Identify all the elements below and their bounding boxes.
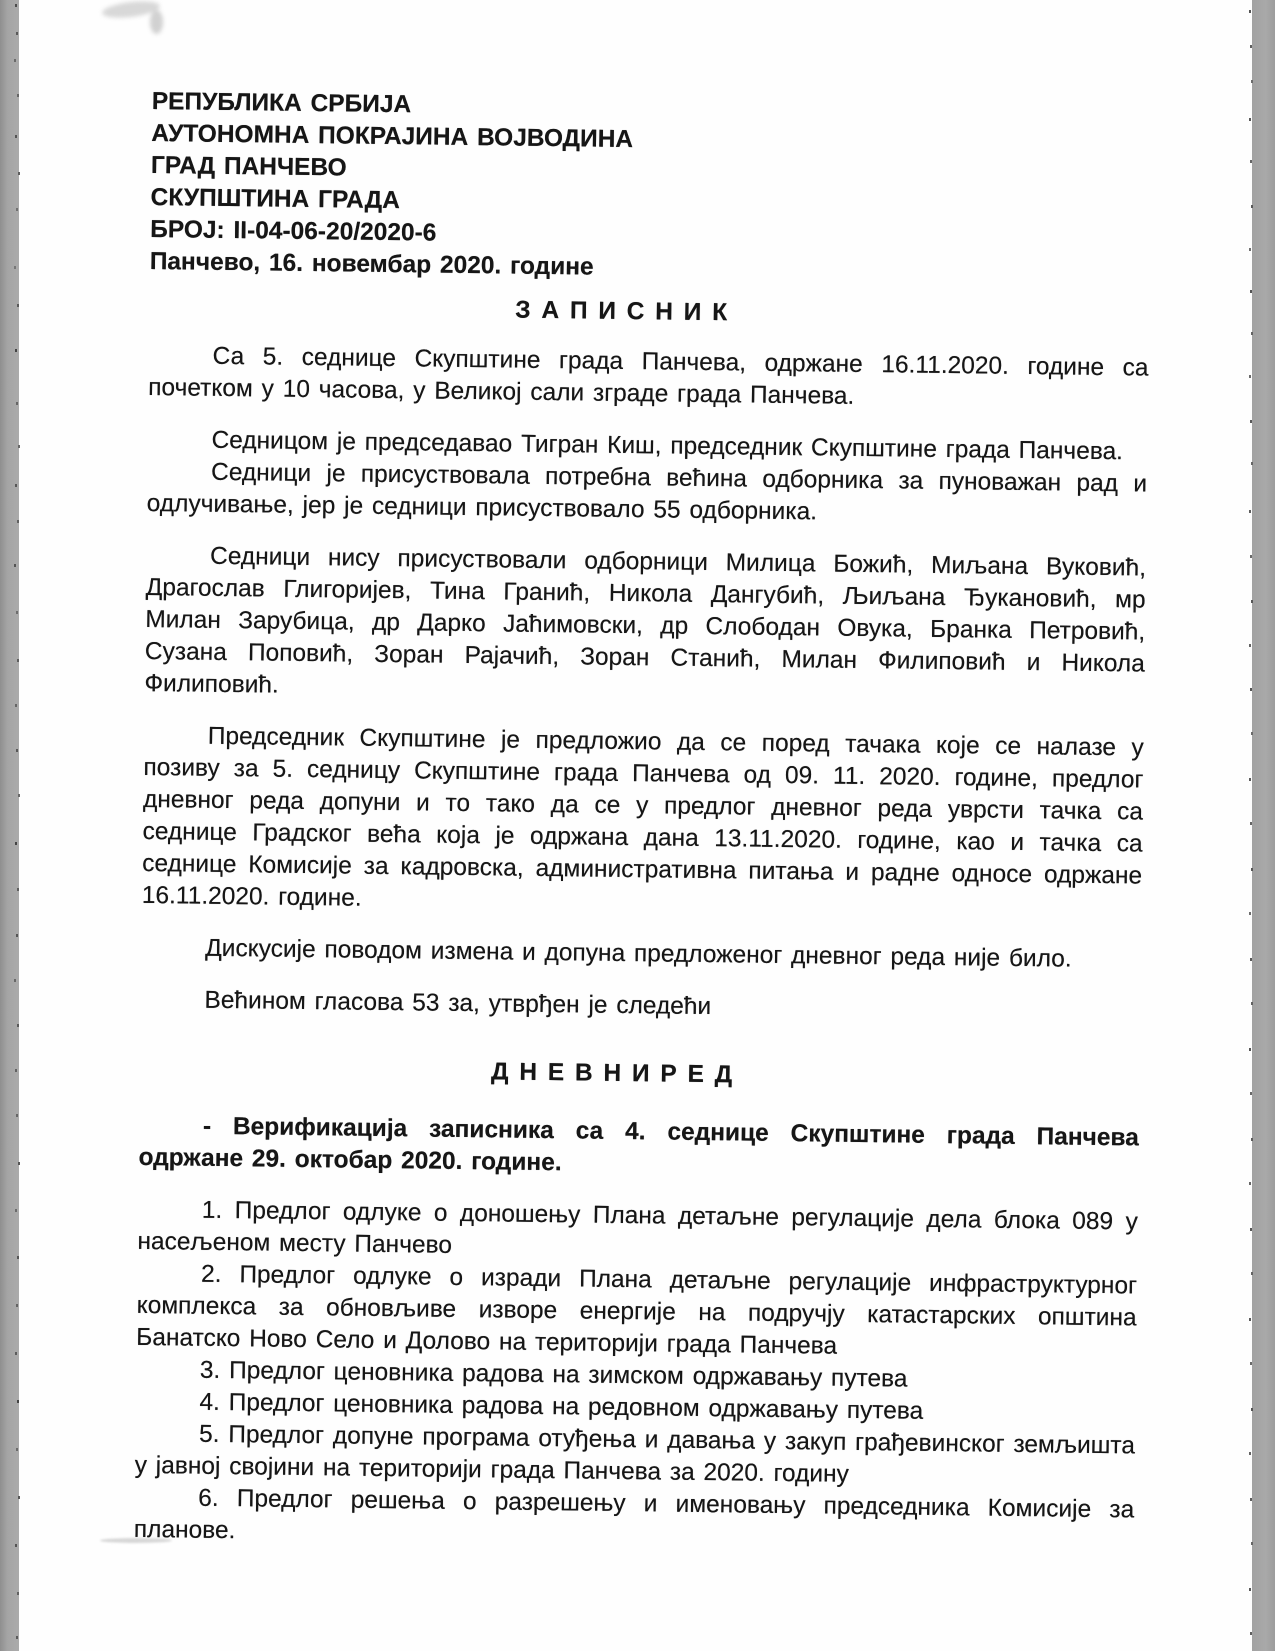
document: РЕПУБЛИКА СРБИЈА АУТОНОМНА ПОКРАЈИНА ВОЈ… xyxy=(134,86,1152,1558)
paragraph-agenda-amendments: Председник Скупштине је предложио да се … xyxy=(142,720,1144,925)
paragraph-quorum: Седници је присуствовала потребна већина… xyxy=(147,456,1148,533)
scanner-edge-right xyxy=(1252,0,1275,1651)
document-title: З А П И С Н И К xyxy=(149,290,1149,335)
agenda-item-6: 6. Предлог решења о разрешењу и именовањ… xyxy=(134,1482,1135,1559)
scan-smudge-top-2 xyxy=(150,10,163,34)
scan-noise-left xyxy=(15,4,17,7)
scanned-page: РЕПУБЛИКА СРБИЈА АУТОНОМНА ПОКРАЈИНА ВОЈ… xyxy=(0,0,1275,1651)
agenda-item-2: 2. Предлог одлуке о изради Плана детаљне… xyxy=(136,1258,1137,1367)
paragraph-session-info: Са 5. седнице Скупштине града Панчева, о… xyxy=(148,340,1149,417)
agenda-verification-item: - Верификација записника са 4. седнице С… xyxy=(138,1110,1139,1187)
paragraph-no-discussion: Дискусије поводом измена и допуна предло… xyxy=(141,932,1141,977)
paragraph-vote-result: Већином гласова 53 за, утврђен је следећ… xyxy=(140,984,1140,1029)
letterhead: РЕПУБЛИКА СРБИЈА АУТОНОМНА ПОКРАЈИНА ВОЈ… xyxy=(150,86,1152,291)
scanner-edge-left xyxy=(0,0,19,1651)
scan-noise-right xyxy=(1249,10,1251,13)
paragraph-absent-members: Седници нису присуствовали одборници Мил… xyxy=(144,540,1146,713)
agenda-heading: Д Н Е В Н И Р Е Д xyxy=(139,1052,1139,1097)
